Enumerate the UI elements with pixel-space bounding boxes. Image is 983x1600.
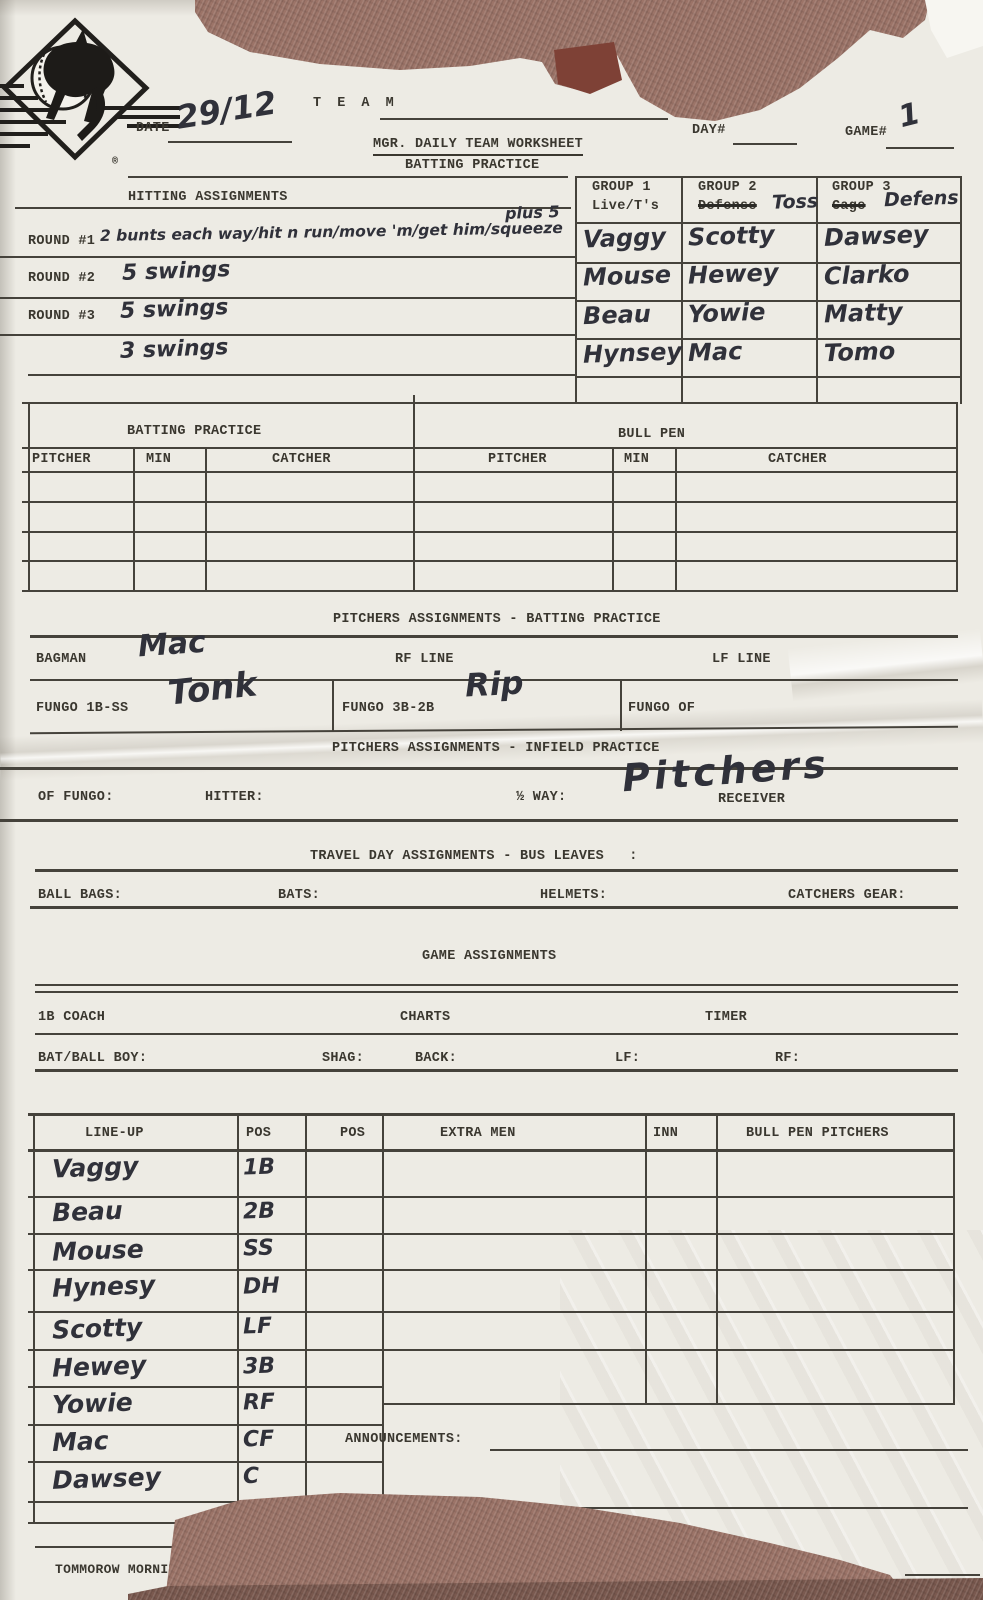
day-rule (733, 143, 797, 145)
registered-mark: ® (112, 157, 118, 168)
bp-col-min: MIN (146, 452, 171, 467)
paper-corner-fragment (925, 0, 983, 62)
date-value: 29/12 (174, 86, 279, 133)
group-1-subtitle: Live/T's (592, 199, 659, 214)
team-rule (380, 118, 668, 120)
lineup-pos: RF (243, 1391, 276, 1414)
lineup-top-rule (28, 1113, 955, 1116)
group-2-name: Mac (688, 339, 743, 365)
fungo-divider (332, 679, 334, 731)
bullpen-table-vline (675, 447, 677, 592)
group-1-name: Mouse (583, 262, 672, 289)
lineup-name: Scotty (52, 1314, 143, 1342)
travel-title: TRAVEL DAY ASSIGNMENTS - BUS LEAVES : (310, 849, 638, 864)
lineup-vline (382, 1113, 384, 1522)
hitting-section-title: HITTING ASSIGNMENTS (128, 190, 288, 205)
round-3-value: 5 swings (120, 297, 229, 323)
lineup-row-rule (28, 1386, 382, 1388)
fungo-divider (620, 679, 622, 731)
round-1-label: ROUND #1 (28, 234, 95, 249)
lineup-row-rule (28, 1424, 382, 1426)
travel-bottom-rule (30, 906, 958, 909)
group-1-title: GROUP 1 (592, 180, 651, 195)
game-rule (886, 147, 954, 149)
lineup-name: Hewey (52, 1352, 147, 1380)
group-2-name: Hewey (688, 260, 779, 287)
bp-table-title: BATTING PRACTICE (127, 424, 261, 439)
group-table-vline (575, 176, 577, 404)
game-label: GAME# (845, 125, 887, 140)
lineup-vline (645, 1113, 647, 1403)
hitter-label: HITTER: (205, 790, 264, 805)
lineup-header-inn: INN (653, 1126, 678, 1141)
bp-col-catcher: CATCHER (272, 452, 331, 467)
half-way-label: ½ WAY: (516, 790, 566, 805)
worksheet-subtitle: BATTING PRACTICE (405, 158, 539, 173)
lineup-pos: SS (243, 1237, 275, 1260)
coach-1b-label: 1B COACH (38, 1010, 105, 1025)
bp-table-vline (133, 447, 135, 592)
announcements-rule (905, 1574, 980, 1576)
bp-table-top-rule (22, 402, 958, 404)
group-3-name: Clarko (824, 262, 910, 289)
lineup-header-rule (28, 1149, 955, 1152)
lineup-row-rule (28, 1196, 955, 1198)
charts-label: CHARTS (400, 1010, 450, 1025)
group-1-name: Vaggy (583, 225, 667, 252)
group-3-name: Dawsey (824, 222, 929, 250)
lineup-row-rule (28, 1311, 955, 1313)
lineup-row-rule (28, 1233, 955, 1235)
lineup-row-rule (28, 1269, 955, 1271)
game-value: 1 (896, 99, 924, 133)
fungo-3b-value: Rip (464, 666, 524, 701)
rf-label: RF: (775, 1051, 800, 1066)
date-rule (168, 141, 292, 143)
lineup-pos: C (243, 1466, 260, 1489)
team-label: T E A M (313, 96, 398, 111)
header-rule (128, 176, 568, 178)
round-1-value: 2 bunts each way/hit n run/move 'm/get h… (100, 221, 563, 245)
worksheet-title: MGR. DAILY TEAM WORKSHEET (373, 137, 583, 156)
round-4-value: 3 swings (120, 337, 229, 363)
group-2-correction: Toss (772, 192, 819, 213)
round-3-label: ROUND #3 (28, 309, 95, 324)
day-label: DAY# (692, 123, 726, 138)
bagman-label: BAGMAN (36, 652, 86, 667)
infield-title: PITCHERS ASSIGNMENTS - INFIELD PRACTICE (332, 741, 660, 756)
lineup-name: Yowie (52, 1390, 134, 1418)
helmets-label: HELMETS: (540, 888, 607, 903)
lineup-header-pos1: POS (246, 1126, 271, 1141)
announcements-rule (490, 1449, 968, 1451)
catchers-gear-label: CATCHERS GEAR: (788, 888, 906, 903)
group-3-subtitle: Cage (832, 199, 866, 214)
lineup-pos: 1B (243, 1156, 276, 1179)
bats-label: BATS: (278, 888, 320, 903)
bullpen-col-min: MIN (624, 452, 649, 467)
lineup-header-lineup: LINE-UP (85, 1126, 144, 1141)
shag-label: SHAG: (322, 1051, 364, 1066)
fungo-of-label: FUNGO OF (628, 701, 695, 716)
fungo-1b-label: FUNGO 1B-SS (36, 701, 128, 716)
lineup-pos: LF (243, 1315, 273, 1338)
group-2-name: Yowie (688, 300, 766, 327)
bp-table-bottom-rule (22, 590, 958, 592)
group-3-name: Matty (824, 300, 903, 327)
bp-header-top-rule (22, 447, 958, 449)
bp-table-vline (956, 402, 958, 592)
bullpen-table-vline (612, 447, 614, 592)
bp-row-rule (22, 560, 958, 562)
group-3-title: GROUP 3 (832, 180, 891, 195)
lineup-vline (716, 1113, 718, 1403)
group-row-rule (575, 376, 962, 378)
bat-ball-boy-label: BAT/BALL BOY: (38, 1051, 147, 1066)
bp-table-vline (205, 447, 207, 592)
lineup-pos: DH (243, 1275, 280, 1298)
game-assignments-title: GAME ASSIGNMENTS (422, 949, 556, 964)
rf-line-label: RF LINE (395, 652, 454, 667)
round-2-rule (0, 297, 575, 299)
lf-line-label: LF LINE (712, 652, 771, 667)
bp-row-rule (22, 531, 958, 533)
group-2-name: Scotty (688, 222, 775, 249)
group-table-top-rule (575, 176, 962, 178)
lineup-name: Vaggy (52, 1154, 139, 1182)
bp-header-bottom-rule (22, 471, 958, 473)
fungo-1b-value: Tonk (166, 667, 258, 710)
lineup-name: Dawsey (52, 1464, 162, 1493)
bp-bullpen-divider (413, 395, 415, 592)
game-double-rule (35, 991, 958, 993)
lineup-vline (953, 1113, 955, 1403)
date-label: DATE (136, 121, 170, 136)
lineup-row-rule (28, 1461, 382, 1463)
baseball-kangaroo-logo-icon (0, 16, 185, 164)
lf-label: LF: (615, 1051, 640, 1066)
travel-title-rule (35, 869, 958, 872)
fungo-3b-label: FUNGO 3B-2B (342, 701, 434, 716)
pitchers-bp-title: PITCHERS ASSIGNMENTS - BATTING PRACTICE (333, 612, 661, 627)
paper-left-edge-shadow (0, 0, 16, 1600)
round-1-rule (0, 256, 575, 258)
game-bottom-rule (35, 1069, 958, 1072)
lineup-name: Hynesy (52, 1272, 156, 1301)
bullpen-table-title: BULL PEN (618, 427, 685, 442)
lineup-pos: 3B (243, 1355, 276, 1378)
group-3-name: Tomo (824, 339, 896, 365)
lineup-header-extra-men: EXTRA MEN (440, 1126, 516, 1141)
group-1-name: Hynsey (583, 339, 683, 366)
lineup-header-bullpen: BULL PEN PITCHERS (746, 1126, 889, 1141)
bullpen-col-catcher: CATCHER (768, 452, 827, 467)
announcements-label: ANNOUNCEMENTS: (345, 1432, 463, 1447)
group-2-title: GROUP 2 (698, 180, 757, 195)
group-1-name: Beau (583, 302, 652, 328)
game-double-rule (35, 984, 958, 986)
ball-bags-label: BALL BAGS: (38, 888, 122, 903)
lineup-right-bottom-rule (382, 1403, 955, 1405)
receiver-label: RECEIVER (718, 792, 785, 807)
fungo-row-bottom-rule (30, 726, 958, 734)
bp-col-pitcher: PITCHER (32, 452, 91, 467)
group-table-vline (960, 176, 962, 404)
lineup-pos: CF (243, 1428, 275, 1451)
round-2-value: 5 swings (122, 259, 231, 285)
group-table-vline (681, 176, 683, 404)
game-row-rule (35, 1033, 958, 1035)
lineup-name: Beau (52, 1198, 124, 1225)
hitting-title-rule (15, 207, 571, 209)
lineup-name: Mac (52, 1428, 109, 1455)
infield-bottom-rule (0, 819, 958, 822)
of-fungo-label: OF FUNGO: (38, 790, 114, 805)
timer-label: TIMER (705, 1010, 747, 1025)
bp-row-rule (22, 501, 958, 503)
group-3-correction: Defens (884, 189, 959, 211)
bp-table-vline (28, 402, 30, 592)
right-tear-highlight (786, 610, 983, 720)
scanned-worksheet-page: ® DATE 29/12 T E A M DAY# GAME# 1 MGR. D… (0, 0, 983, 1600)
lineup-name: Mouse (52, 1236, 145, 1264)
lineup-header-pos2: POS (340, 1126, 365, 1141)
round-4-rule (28, 374, 575, 376)
round-2-label: ROUND #2 (28, 271, 95, 286)
lineup-row-rule (28, 1349, 955, 1351)
lineup-pos: 2B (243, 1200, 276, 1223)
bottom-note: TOMMOROW MORNIN (55, 1562, 177, 1577)
group-2-subtitle: Defense (698, 199, 757, 214)
bullpen-col-pitcher: PITCHER (488, 452, 547, 467)
back-label: BACK: (415, 1051, 457, 1066)
tape-top-strip (170, 0, 935, 135)
round-3-rule (0, 334, 575, 336)
bagman-value: Mac (137, 628, 207, 663)
